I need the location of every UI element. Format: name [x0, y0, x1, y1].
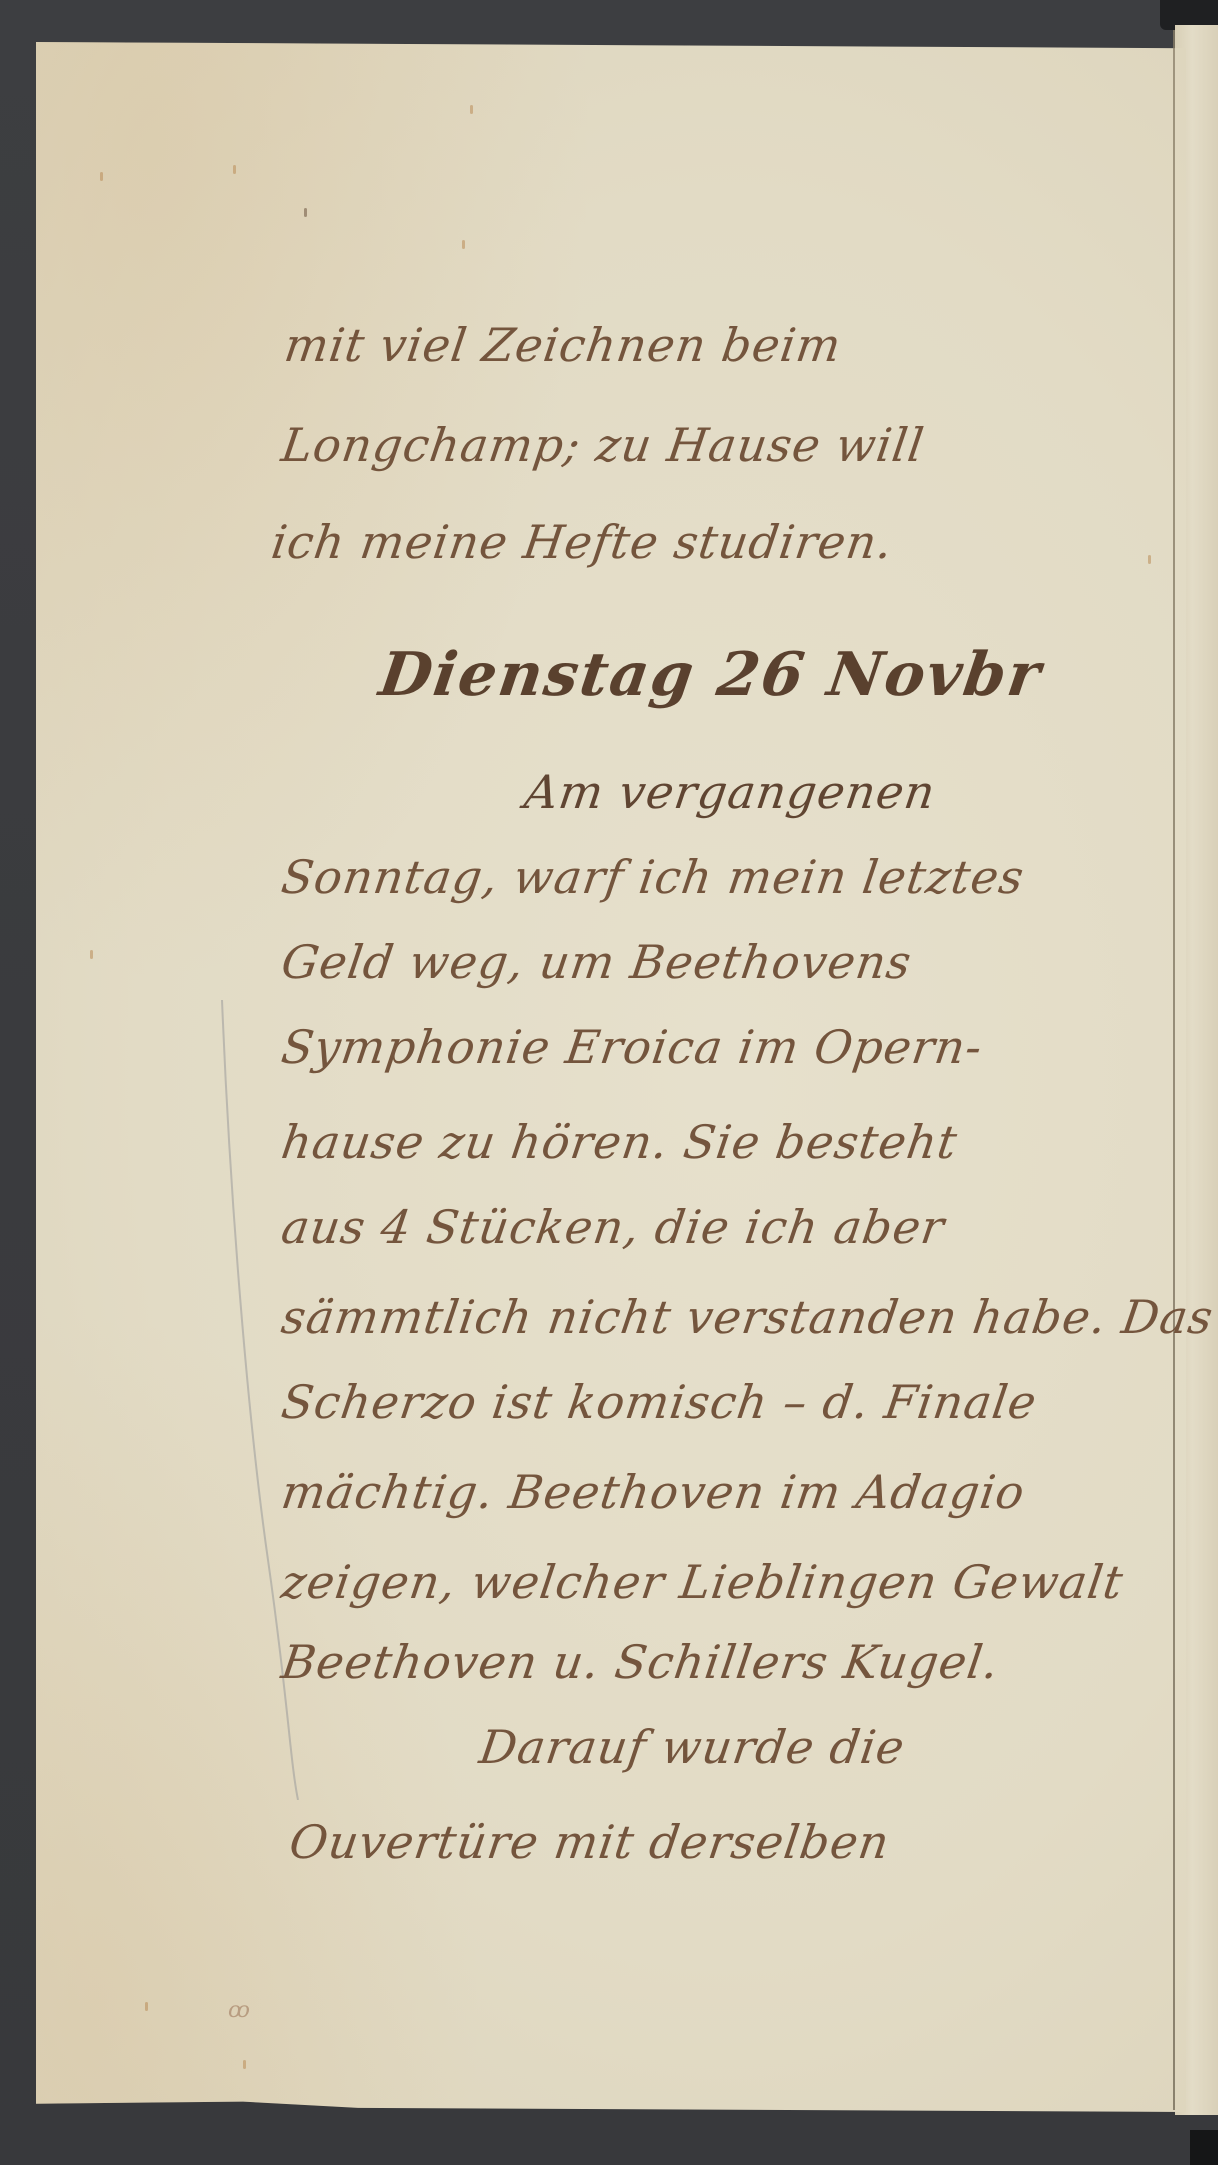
text-line: Geld weg, um Beethovens: [278, 935, 915, 989]
text-line: Am vergangenen: [521, 765, 939, 819]
text-line: ich meine Hefte studiren.: [268, 515, 896, 569]
entry-date-heading: Dienstag 26 Novbr: [375, 640, 1046, 710]
manuscript-text: mit viel Zeichnen beim Longchamp; zu Hau…: [0, 0, 1218, 2165]
text-line: Ouvertüre mit derselben: [286, 1815, 893, 1869]
text-line: Scherzo ist komisch – d. Finale: [278, 1375, 1040, 1429]
text-line: aus 4 Stücken, die ich aber: [278, 1200, 948, 1254]
text-line: hause zu hören. Sie besteht: [278, 1115, 961, 1169]
text-line: mit viel Zeichnen beim: [281, 318, 845, 372]
text-line: Symphonie Eroica im Opern-: [278, 1020, 986, 1074]
text-line: Sonntag, warf ich mein letztes: [278, 850, 1028, 904]
text-line: sämmtlich nicht verstanden habe. Das: [278, 1290, 1217, 1344]
text-line: Beethoven u. Schillers Kugel.: [278, 1635, 1002, 1689]
text-line: zeigen, welcher Lieblingen Gewalt: [278, 1555, 1127, 1609]
text-line: Longchamp; zu Hause will: [278, 418, 928, 472]
text-line: Darauf wurde die: [476, 1720, 908, 1774]
text-line: mächtig. Beethoven im Adagio: [278, 1465, 1028, 1519]
margin-doodle: ꝏ: [228, 1998, 250, 2023]
